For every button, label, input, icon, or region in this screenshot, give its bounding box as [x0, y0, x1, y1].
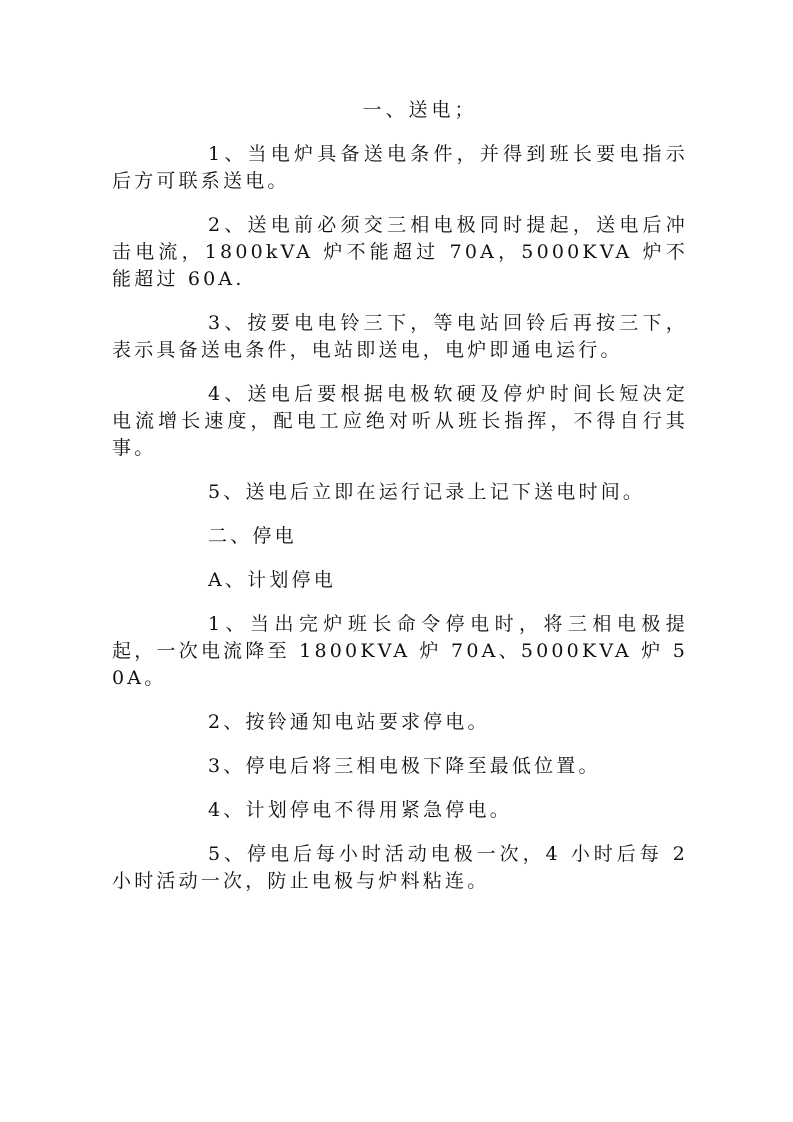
- section-heading-power-off: 二、停电: [112, 523, 688, 550]
- paragraph-power-on-2: 2、送电前必须交三相电极同时提起，送电后冲击电流，1800kVA 炉不能超过 7…: [112, 212, 688, 293]
- paragraph-power-off-5: 5、停电后每小时活动电极一次，4 小时后每 2 小时活动一次，防止电极与炉料粘连…: [112, 841, 688, 895]
- paragraph-power-off-3: 3、停电后将三相电极下降至最低位置。: [112, 753, 688, 780]
- paragraph-power-on-1: 1、当电炉具备送电条件，并得到班长要电指示后方可联系送电。: [112, 141, 688, 195]
- subheading-planned-outage: A、计划停电: [112, 567, 688, 594]
- paragraph-power-off-1: 1、当出完炉班长命令停电时，将三相电极提起，一次电流降至 1800KVA 炉 7…: [112, 611, 688, 692]
- document-page: 一、送电； 1、当电炉具备送电条件，并得到班长要电指示后方可联系送电。 2、送电…: [112, 97, 688, 912]
- paragraph-power-off-4: 4、计划停电不得用紧急停电。: [112, 797, 688, 824]
- paragraph-power-on-4: 4、送电后要根据电极软硬及停炉时间长短决定电流增长速度，配电工应绝对听从班长指挥…: [112, 381, 688, 462]
- paragraph-power-off-2: 2、按铃通知电站要求停电。: [112, 709, 688, 736]
- section-title-power-on: 一、送电；: [112, 97, 688, 124]
- paragraph-power-on-5: 5、送电后立即在运行记录上记下送电时间。: [112, 479, 688, 506]
- paragraph-power-on-3: 3、按要电电铃三下，等电站回铃后再按三下，表示具备送电条件，电站即送电，电炉即通…: [112, 310, 688, 364]
